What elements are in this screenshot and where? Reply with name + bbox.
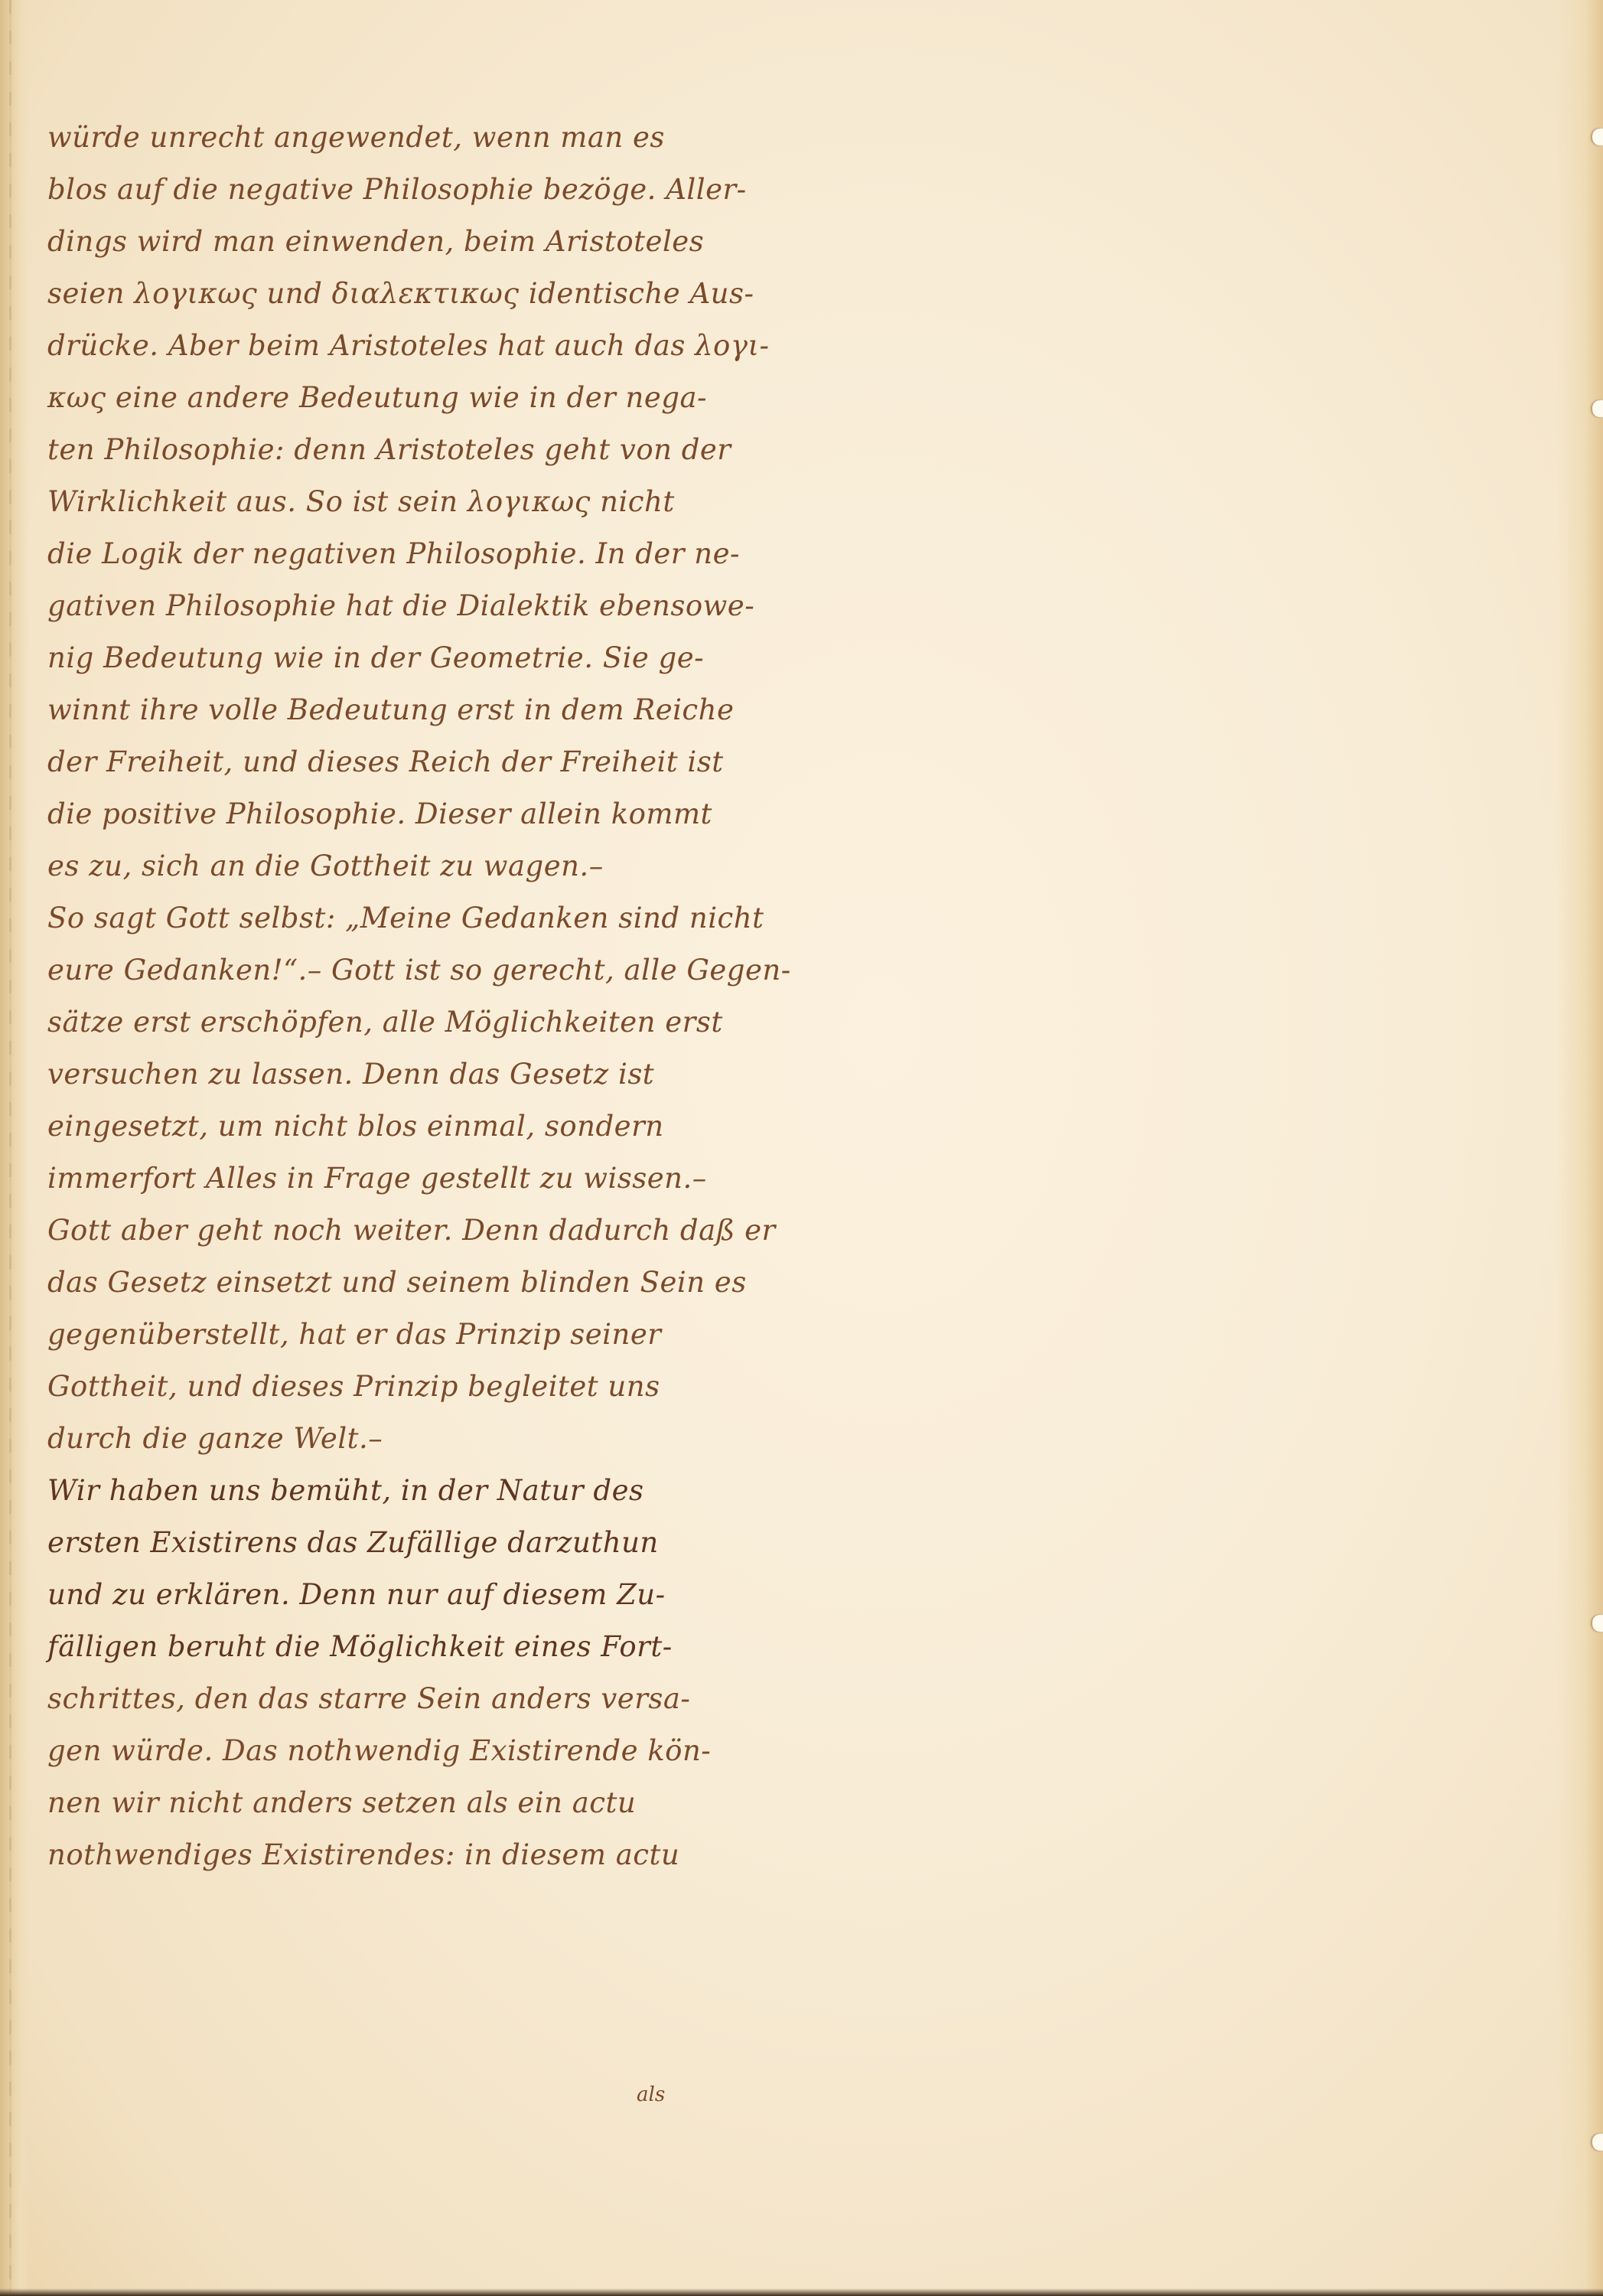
- edge-tear-mark: [1592, 129, 1603, 145]
- manuscript-line: So sagt Gott selbst: „Meine Gedanken sin…: [47, 892, 843, 944]
- manuscript-line: Wir haben uns bemüht, in der Natur des: [47, 1465, 843, 1517]
- manuscript-line: κως eine andere Bedeutung wie in der neg…: [47, 372, 843, 424]
- manuscript-line: eure Gedanken!“.– Gott ist so gerecht, a…: [47, 944, 843, 996]
- manuscript-line: nothwendiges Existirendes: in diesem act…: [47, 1829, 843, 1881]
- manuscript-line: gegenüberstellt, hat er das Prinzip sein…: [47, 1309, 843, 1361]
- manuscript-line: dings wird man einwenden, beim Aristotel…: [47, 216, 843, 268]
- manuscript-line: drücke. Aber beim Aristoteles hat auch d…: [47, 320, 843, 372]
- binding-stitch-line: [9, 0, 11, 2296]
- manuscript-line: gativen Philosophie hat die Dialektik eb…: [47, 580, 843, 632]
- manuscript-line: die Logik der negativen Philosophie. In …: [47, 528, 843, 580]
- manuscript-line: immerfort Alles in Frage gestellt zu wis…: [47, 1153, 843, 1205]
- manuscript-line: nen wir nicht anders setzen als ein actu: [47, 1777, 843, 1829]
- manuscript-line: seien λογικως und διαλεκτικως identische…: [47, 268, 843, 320]
- manuscript-line: die positive Philosophie. Dieser allein …: [47, 788, 843, 840]
- manuscript-line: Gottheit, und dieses Prinzip begleitet u…: [47, 1361, 843, 1413]
- manuscript-line: versuchen zu lassen. Denn das Gesetz ist: [47, 1049, 843, 1101]
- interlinear-insertion: als: [637, 2083, 665, 2106]
- manuscript-line: es zu, sich an die Gottheit zu wagen.–: [47, 840, 843, 892]
- manuscript-line: würde unrecht angewendet, wenn man es: [47, 112, 843, 164]
- manuscript-line: nig Bedeutung wie in der Geometrie. Sie …: [47, 632, 843, 684]
- manuscript-line: eingesetzt, um nicht blos einmal, sonder…: [47, 1101, 843, 1153]
- manuscript-line: schrittes, den das starre Sein anders ve…: [47, 1673, 843, 1725]
- manuscript-page: würde unrecht angewendet, wenn man es bl…: [0, 0, 1603, 2296]
- manuscript-line: der Freiheit, und dieses Reich der Freih…: [47, 736, 843, 788]
- manuscript-line: sätze erst erschöpfen, alle Möglichkeite…: [47, 996, 843, 1049]
- edge-tear-mark: [1592, 1615, 1603, 1632]
- manuscript-line: blos auf die negative Philosophie bezöge…: [47, 164, 843, 216]
- manuscript-line: durch die ganze Welt.–: [47, 1413, 843, 1465]
- manuscript-line: ten Philosophie: denn Aristoteles geht v…: [47, 424, 843, 476]
- manuscript-line: fälligen beruht die Möglichkeit eines Fo…: [47, 1621, 843, 1673]
- manuscript-line: Gott aber geht noch weiter. Denn dadurch…: [47, 1205, 843, 1257]
- binding-gutter: [0, 0, 29, 2296]
- manuscript-line: und zu erklären. Denn nur auf diesem Zu-: [47, 1569, 843, 1621]
- manuscript-line: ersten Existirens das Zufällige darzuthu…: [47, 1517, 843, 1569]
- manuscript-line: Wirklichkeit aus. So ist sein λογικως ni…: [47, 476, 843, 528]
- page-right-edge: [1557, 0, 1603, 2296]
- manuscript-line: gen würde. Das nothwendig Existirende kö…: [47, 1725, 843, 1777]
- edge-tear-mark: [1592, 400, 1603, 417]
- manuscript-line: das Gesetz einsetzt und seinem blinden S…: [47, 1257, 843, 1309]
- edge-tear-mark: [1592, 2134, 1603, 2151]
- page-bottom-edge: [0, 2288, 1603, 2296]
- manuscript-line: winnt ihre volle Bedeutung erst in dem R…: [47, 684, 843, 736]
- handwritten-text-block: würde unrecht angewendet, wenn man es bl…: [47, 112, 843, 1881]
